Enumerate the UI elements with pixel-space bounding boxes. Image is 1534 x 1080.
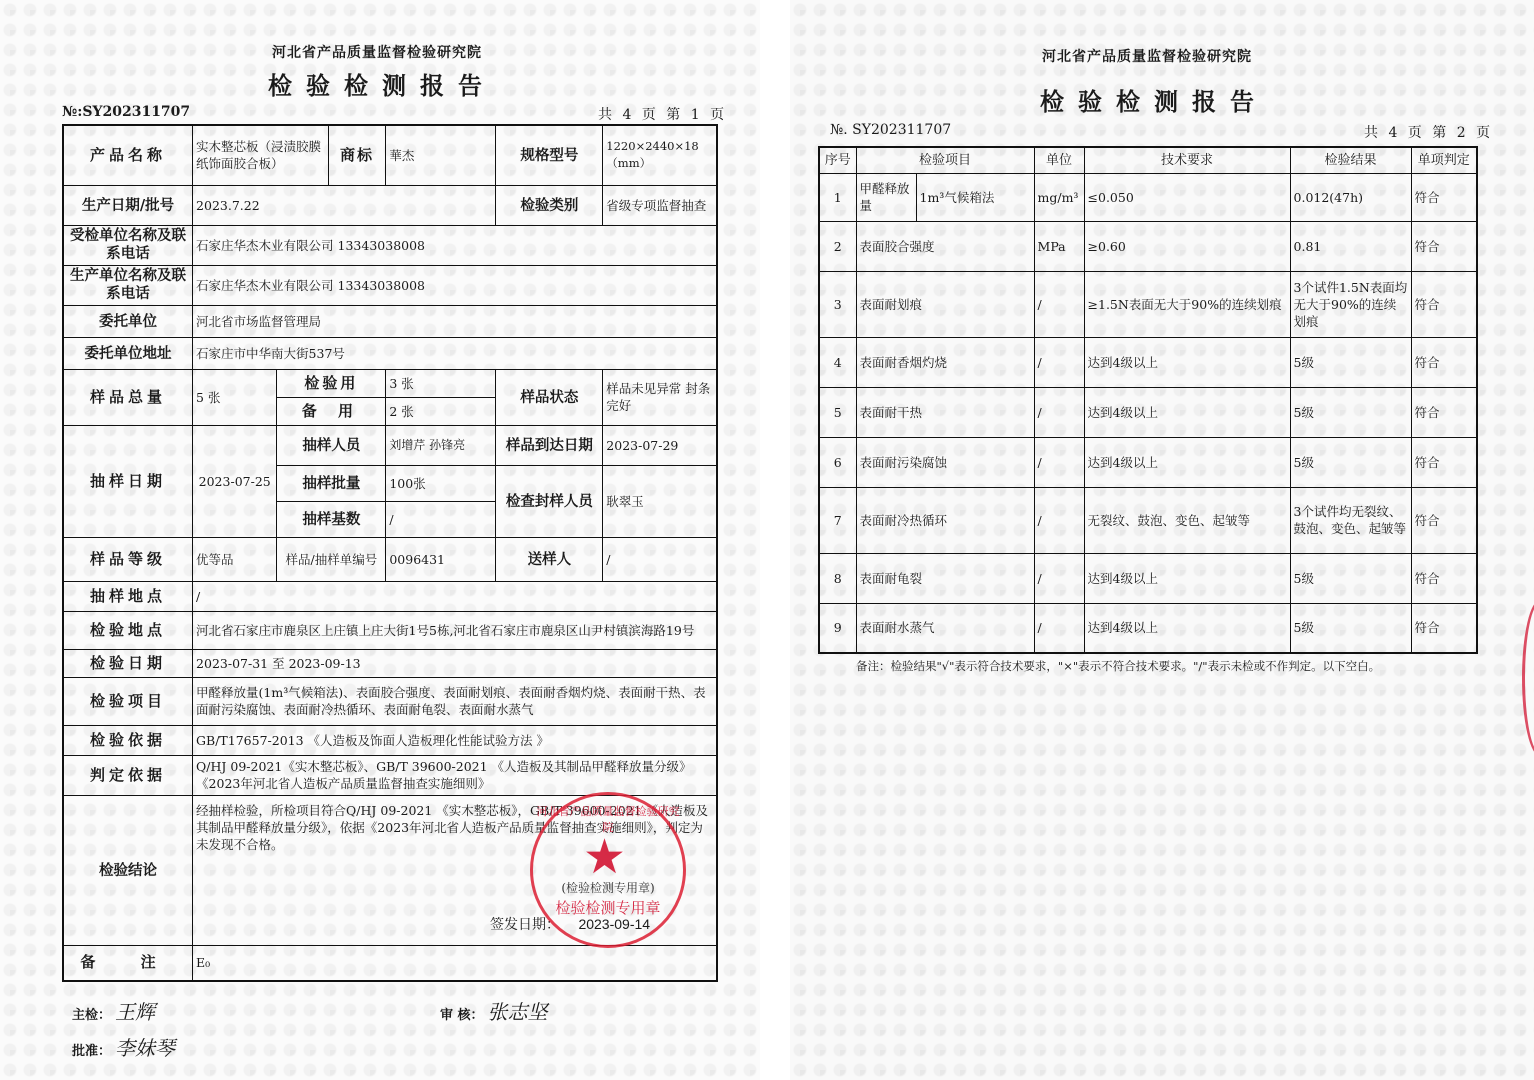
sampler-label: 抽样人员 <box>277 425 386 465</box>
table-row: 3表面耐划痕/≥1.5N表面无大于90%的连续划痕3个试件1.5N表面均无大于9… <box>819 271 1477 337</box>
sender-label: 送样人 <box>496 537 603 581</box>
row-verdict: 符合 <box>1411 553 1477 603</box>
row-verdict: 符合 <box>1411 337 1477 387</box>
row-unit: mg/m³ <box>1034 173 1084 221</box>
producer: 石家庄华杰木业有限公司 13343038008 <box>193 265 717 305</box>
report-info-table: 产品名称 实木整芯板（浸渍胶膜纸饰面胶合板） 商标 華杰 规格型号 1220×2… <box>62 124 718 982</box>
row-req: ≥0.60 <box>1084 221 1290 271</box>
row-verdict: 符合 <box>1411 603 1477 653</box>
conclusion-label: 检验结论 <box>63 795 193 945</box>
remarks: E₀ <box>193 945 717 981</box>
row-item: 表面胶合强度 <box>856 221 1034 271</box>
sampling-date: 2023-07-25 <box>193 425 277 537</box>
report-number: №. SY202311707 <box>830 122 951 138</box>
row-item: 表面耐龟裂 <box>856 553 1034 603</box>
test-date: 2023-07-31 至 2023-09-13 <box>193 649 717 677</box>
sample-state: 样品未见异常 封条完好 <box>603 369 717 425</box>
client-addr-label: 委托单位地址 <box>63 337 193 369</box>
row-unit: / <box>1034 487 1084 553</box>
table-row: 9表面耐水蒸气/达到4级以上5级符合 <box>819 603 1477 653</box>
header-item: 检验项目 <box>856 147 1034 173</box>
institute-name: 河北省产品质量监督检验研究院 <box>272 42 482 62</box>
page-info: 共 4 页 第 1 页 <box>598 104 727 124</box>
review-label: 审 核： <box>440 1008 484 1023</box>
issue-date-label: 签发日期： <box>490 917 560 933</box>
row-method: 1m³气候箱法 <box>916 173 1034 221</box>
row-result: 5级 <box>1290 603 1411 653</box>
row-req: 达到4级以上 <box>1084 603 1290 653</box>
table-row: 8表面耐龟裂/达到4级以上5级符合 <box>819 553 1477 603</box>
row-no: 9 <box>819 603 856 653</box>
sampler: 刘增芹 孙锋亮 <box>386 425 496 465</box>
test-basis-label: 检验依据 <box>63 725 193 755</box>
table-row: 2表面胶合强度MPa≥0.600.81符合 <box>819 221 1477 271</box>
grade: 优等品 <box>193 537 277 581</box>
batch: 100张 <box>386 465 496 501</box>
header-verdict: 单项判定 <box>1411 147 1477 173</box>
client: 河北省市场监督管理局 <box>193 305 717 337</box>
brand-label: 商标 <box>328 125 386 185</box>
prod-date-label: 生产日期/批号 <box>63 185 193 225</box>
producer-label: 生产单位名称及联系电话 <box>63 265 193 305</box>
grade-label: 样品等级 <box>63 537 193 581</box>
report-page-1: 河北省产品质量监督检验研究院 检验检测报告 №:SY202311707 共 4 … <box>0 0 760 1080</box>
row-req: 达到4级以上 <box>1084 387 1290 437</box>
row-verdict: 符合 <box>1411 271 1477 337</box>
row-no: 2 <box>819 221 856 271</box>
chief-signature: 王辉 <box>115 1000 155 1024</box>
sample-no-label: 样品/抽样单编号 <box>277 537 386 581</box>
table-row: 7表面耐冷热循环/无裂纹、鼓泡、变色、起皱等3个试件均无裂纹、鼓泡、变色、起皱等… <box>819 487 1477 553</box>
client-addr: 石家庄市中华南大街537号 <box>193 337 717 369</box>
header-req: 技术要求 <box>1084 147 1290 173</box>
sampling-place: / <box>193 581 717 611</box>
seal-edge <box>1522 600 1534 756</box>
reviewer: 审 核：张志坚 <box>440 996 548 1025</box>
row-result: 5级 <box>1290 437 1411 487</box>
row-result: 0.81 <box>1290 221 1411 271</box>
test-items: 甲醛释放量(1m³气候箱法)、表面胶合强度、表面耐划痕、表面耐香烟灼烧、表面耐干… <box>193 677 717 725</box>
test-basis: GB/T17657-2013 《人造板及饰面人造板理化性能试验方法 》 <box>193 725 717 755</box>
row-req: 达到4级以上 <box>1084 337 1290 387</box>
sample-total: 5 张 <box>193 369 277 425</box>
inspected-unit-label: 受检单位名称及联系电话 <box>63 225 193 265</box>
row-item: 表面耐水蒸气 <box>856 603 1034 653</box>
client-label: 委托单位 <box>63 305 193 337</box>
sender: / <box>603 537 717 581</box>
sealer-label: 检查封样人员 <box>496 465 603 537</box>
for-test-label: 检验用 <box>277 369 386 397</box>
row-unit: / <box>1034 271 1084 337</box>
report-number: №:SY202311707 <box>62 104 190 120</box>
row-result: 0.012(47h) <box>1290 173 1411 221</box>
test-date-label: 检验日期 <box>63 649 193 677</box>
spec: 1220×2440×18（mm） <box>603 125 717 185</box>
arrival: 2023-07-29 <box>603 425 717 465</box>
page-gap <box>760 0 790 1080</box>
row-unit: / <box>1034 437 1084 487</box>
row-unit: / <box>1034 603 1084 653</box>
table-row: 5表面耐干热/达到4级以上5级符合 <box>819 387 1477 437</box>
table-row: 4表面耐香烟灼烧/达到4级以上5级符合 <box>819 337 1477 387</box>
row-unit: / <box>1034 553 1084 603</box>
base-label: 抽样基数 <box>277 501 386 537</box>
chief-label: 主检： <box>72 1008 111 1023</box>
row-no: 8 <box>819 553 856 603</box>
row-result: 5级 <box>1290 337 1411 387</box>
row-no: 4 <box>819 337 856 387</box>
sealer: 耿翠玉 <box>603 465 717 537</box>
base: / <box>386 501 496 537</box>
sampling-date-label: 抽样日期 <box>63 425 193 537</box>
row-unit: MPa <box>1034 221 1084 271</box>
row-req: 达到4级以上 <box>1084 553 1290 603</box>
approve-signature: 李妹琴 <box>115 1036 175 1060</box>
row-item: 表面耐污染腐蚀 <box>856 437 1034 487</box>
row-no: 7 <box>819 487 856 553</box>
sample-total-label: 样品总量 <box>63 369 193 425</box>
test-place-label: 检验地点 <box>63 611 193 649</box>
product-name: 实木整芯板（浸渍胶膜纸饰面胶合板） <box>193 125 329 185</box>
batch-label: 抽样批量 <box>277 465 386 501</box>
backup: 2 张 <box>386 397 496 425</box>
institute-name: 河北省产品质量监督检验研究院 <box>1042 46 1252 66</box>
sample-no: 0096431 <box>386 537 496 581</box>
header-no: 序号 <box>819 147 856 173</box>
table-remark: 备注：检验结果"√"表示符合技术要求，"×"表示不符合技术要求。"/"表示未检或… <box>856 658 1380 674</box>
table-row: 6表面耐污染腐蚀/达到4级以上5级符合 <box>819 437 1477 487</box>
row-req: ≤0.050 <box>1084 173 1290 221</box>
row-no: 3 <box>819 271 856 337</box>
brand: 華杰 <box>386 125 496 185</box>
row-req: 无裂纹、鼓泡、变色、起皱等 <box>1084 487 1290 553</box>
approve-label: 批准： <box>72 1044 111 1059</box>
row-req: ≥1.5N表面无大于90%的连续划痕 <box>1084 271 1290 337</box>
report-title: 检验检测报告 <box>1040 82 1268 117</box>
page-info: 共 4 页 第 2 页 <box>1364 122 1493 142</box>
row-result: 3个试件1.5N表面均无大于90%的连续划痕 <box>1290 271 1411 337</box>
row-verdict: 符合 <box>1411 437 1477 487</box>
backup-label: 备 用 <box>277 397 386 425</box>
row-verdict: 符合 <box>1411 487 1477 553</box>
row-item: 表面耐干热 <box>856 387 1034 437</box>
remarks-label: 备 注 <box>63 945 193 981</box>
inspected-unit: 石家庄华杰木业有限公司 13343038008 <box>193 225 717 265</box>
row-item: 甲醛释放量 <box>856 173 916 221</box>
for-test: 3 张 <box>386 369 496 397</box>
review-signature: 张志坚 <box>488 1000 548 1024</box>
header-result: 检验结果 <box>1290 147 1411 173</box>
row-item: 表面耐香烟灼烧 <box>856 337 1034 387</box>
inspect-type: 省级专项监督抽查 <box>603 185 717 225</box>
row-result: 3个试件均无裂纹、鼓泡、变色、起皱等 <box>1290 487 1411 553</box>
row-unit: / <box>1034 387 1084 437</box>
table-row: 1 甲醛释放量 1m³气候箱法 mg/m³ ≤0.050 0.012(47h) … <box>819 173 1477 221</box>
report-title: 检验检测报告 <box>268 66 496 101</box>
arrival-label: 样品到达日期 <box>496 425 603 465</box>
header-unit: 单位 <box>1034 147 1084 173</box>
row-result: 5级 <box>1290 387 1411 437</box>
judge-basis: Q/HJ 09-2021《实木整芯板》、GB/T 39600-2021 《人造板… <box>193 755 717 795</box>
row-result: 5级 <box>1290 553 1411 603</box>
row-verdict: 符合 <box>1411 387 1477 437</box>
issue-date: 2023-09-14 <box>578 916 650 932</box>
test-results-table: 序号 检验项目 单位 技术要求 检验结果 单项判定 1 甲醛释放量 1m³气候箱… <box>818 146 1478 654</box>
chief-inspector: 主检：王辉 <box>72 996 155 1025</box>
approver: 批准：李妹琴 <box>72 1032 175 1061</box>
row-no: 6 <box>819 437 856 487</box>
table-header: 序号 检验项目 单位 技术要求 检验结果 单项判定 <box>819 147 1477 173</box>
row-item: 表面耐划痕 <box>856 271 1034 337</box>
test-place: 河北省石家庄市鹿泉区上庄镇上庄大街1号5栋,河北省石家庄市鹿泉区山尹村镇滨海路1… <box>193 611 717 649</box>
row-req: 达到4级以上 <box>1084 437 1290 487</box>
inspect-type-label: 检验类别 <box>496 185 603 225</box>
row-no: 5 <box>819 387 856 437</box>
sample-state-label: 样品状态 <box>496 369 603 425</box>
row-item: 表面耐冷热循环 <box>856 487 1034 553</box>
product-name-label: 产品名称 <box>63 125 193 185</box>
sampling-place-label: 抽样地点 <box>63 581 193 611</box>
test-items-label: 检验项目 <box>63 677 193 725</box>
row-verdict: 符合 <box>1411 173 1477 221</box>
spec-label: 规格型号 <box>496 125 603 185</box>
row-no: 1 <box>819 173 856 221</box>
issue-date-line: 签发日期： 2023-09-14 <box>490 914 650 934</box>
row-unit: / <box>1034 337 1084 387</box>
row-verdict: 符合 <box>1411 221 1477 271</box>
prod-date: 2023.7.22 <box>193 185 496 225</box>
judge-basis-label: 判定依据 <box>63 755 193 795</box>
